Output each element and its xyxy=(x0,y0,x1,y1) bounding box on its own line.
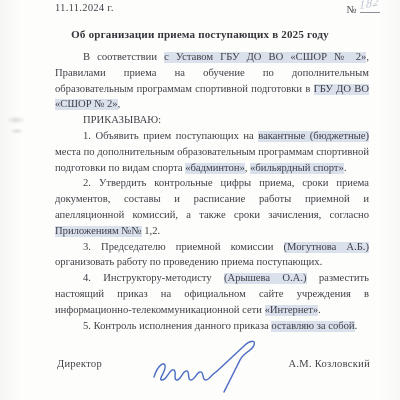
paragraph: 1. Объявить прием поступающих на вакантн… xyxy=(55,129,369,176)
body-text: В соответствии xyxy=(83,52,164,63)
document-number: № 182 xyxy=(347,3,380,16)
body-text: организовать работу по проведению приема… xyxy=(55,257,322,268)
signer-position: Директор xyxy=(57,359,102,370)
highlighted-text: «бадминтон» xyxy=(185,163,245,174)
highlighted-text: оставляю за собой xyxy=(271,321,354,332)
paragraph: ПРИКАЗЫВАЮ: xyxy=(55,113,369,129)
highlighted-text: вакантные (бюджетные) xyxy=(258,131,369,142)
body-text: . xyxy=(318,305,321,316)
scan-smudge xyxy=(10,128,24,134)
document-title: Об организации приема поступающих в 2025… xyxy=(0,29,400,41)
scan-smudge xyxy=(6,116,26,124)
document-date: 11.11.2024 г. xyxy=(55,3,114,16)
body-text: 3. Председателю приемной комиссии xyxy=(83,242,284,253)
body-text: 2. Утвердить контрольные цифры приема, с… xyxy=(55,178,369,221)
body-text: , xyxy=(118,99,121,110)
document-header: 11.11.2024 г. № 182 xyxy=(55,3,380,16)
highlighted-text: (Арышева О.А.) xyxy=(224,273,306,284)
paragraph: 2. Утвердить контрольные цифры приема, с… xyxy=(55,176,369,239)
body-text: ПРИКАЗЫВАЮ: xyxy=(83,115,161,126)
highlighted-text: Приложениям №№ xyxy=(55,226,142,237)
body-text: 1. Объявить прием поступающих на xyxy=(83,131,258,142)
document-body: В соответствии с Уставом ГБУ ДО ВО «СШОР… xyxy=(55,50,369,334)
signature-block: Директор А.М. Козловский xyxy=(57,359,370,370)
highlighted-text: с Уставом ГБУ ДО ВО «СШОР № 2» xyxy=(164,52,366,63)
body-text: 4. Инструктору-методисту xyxy=(83,273,224,284)
highlighted-text: «бильярдный спорт» xyxy=(250,163,344,174)
highlighted-text: «Интернет» xyxy=(265,305,319,316)
document-page: 11.11.2024 г. № 182 Об организации прием… xyxy=(0,0,400,400)
highlighted-text: (Могутнова А.Б.) xyxy=(284,242,369,253)
body-text: . xyxy=(355,321,358,332)
body-text: . xyxy=(344,163,347,174)
body-text: 1,2. xyxy=(142,226,161,237)
signer-name: А.М. Козловский xyxy=(288,359,370,370)
paragraph: 3. Председателю приемной комиссии (Могут… xyxy=(55,240,369,272)
paragraph: 4. Инструктору-методисту (Арышева О.А.) … xyxy=(55,271,369,318)
number-label: № xyxy=(347,5,357,16)
paragraph: В соответствии с Уставом ГБУ ДО ВО «СШОР… xyxy=(55,50,369,113)
